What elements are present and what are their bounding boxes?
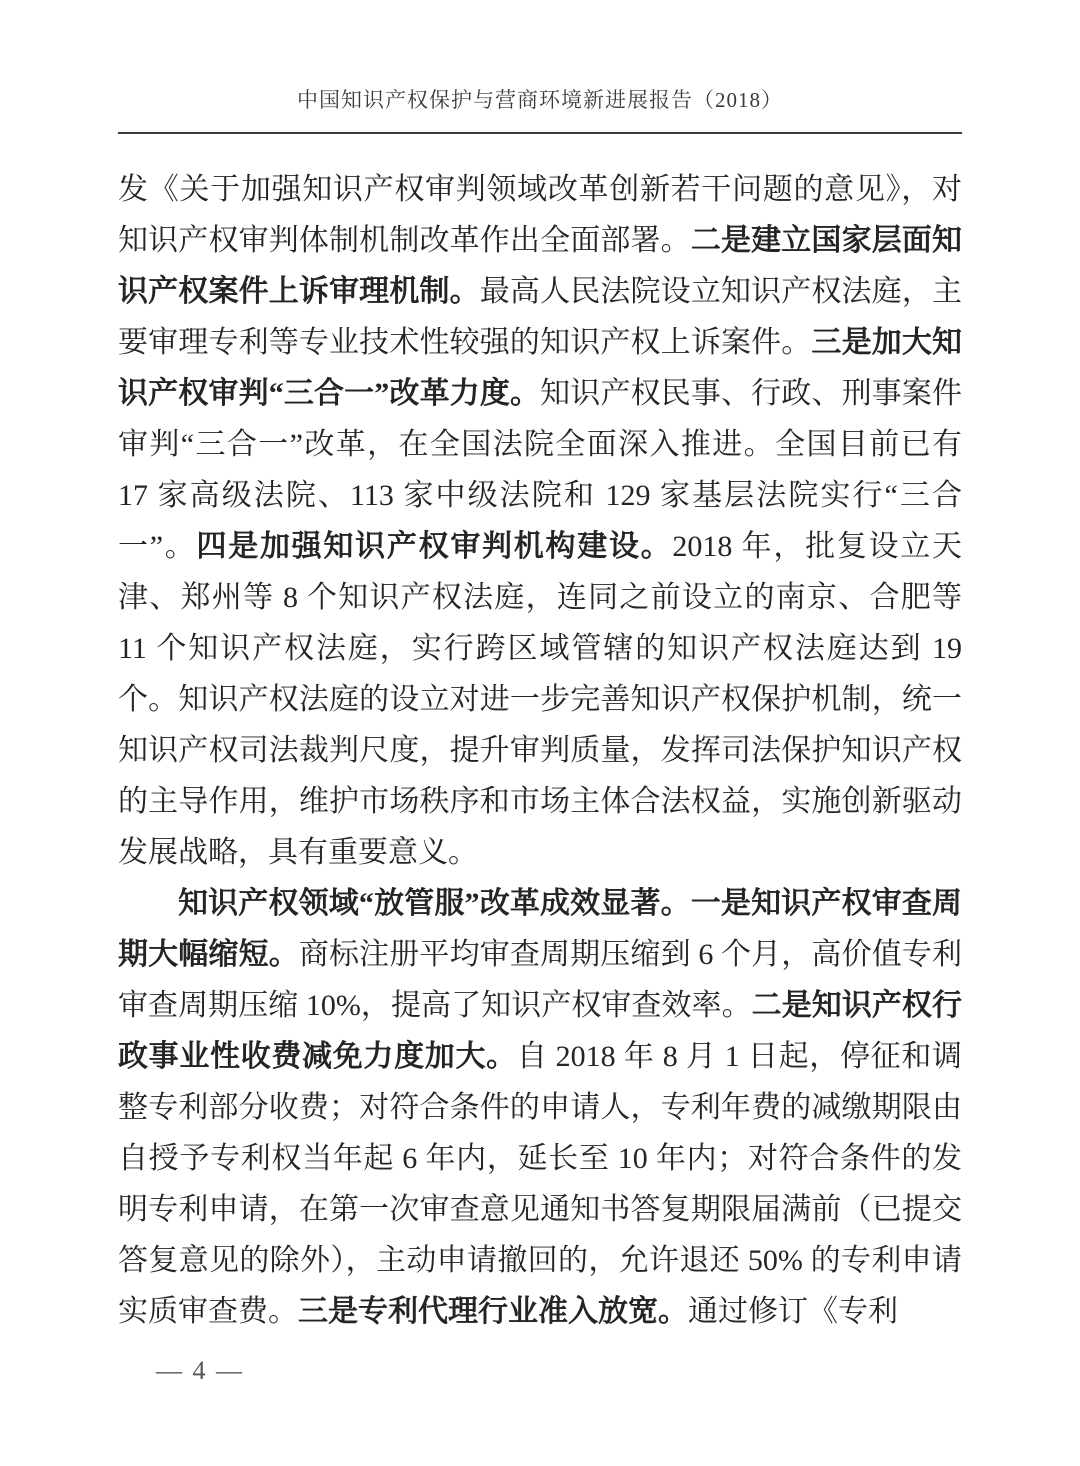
page-header: 中国知识产权保护与营商环境新进展报告（2018） [118, 84, 962, 134]
document-body: 发《关于加强知识产权审判领域改革创新若干问题的意见》，对知识产权审判体制机制改革… [118, 164, 962, 1337]
paragraph: 发《关于加强知识产权审判领域改革创新若干问题的意见》，对知识产权审判体制机制改革… [118, 164, 962, 878]
document-page: 中国知识产权保护与营商环境新进展报告（2018） 发《关于加强知识产权审判领域改… [0, 0, 1080, 1466]
text-run: 通过修订《专利 [688, 1295, 898, 1328]
emphasis-text-run: 三是专利代理行业准入放宽。 [298, 1295, 688, 1328]
page-footer: — 4 — [156, 1356, 244, 1386]
header-divider [118, 132, 962, 134]
text-run: 自 2018 年 8 月 1 日起，停征和调整专利部分收费；对符合条件的申请人，… [118, 1040, 962, 1328]
report-header-title: 中国知识产权保护与营商环境新进展报告（2018） [118, 84, 962, 114]
paragraph: 知识产权领域“放管服”改革成效显著。一是知识产权审查周期大幅缩短。商标注册平均审… [118, 878, 962, 1337]
emphasis-text-run: 四是加强知识产权审判机构建设。 [197, 530, 673, 563]
page-number: — 4 — [156, 1356, 244, 1385]
text-run: 2018 年，批复设立天津、郑州等 8 个知识产权法庭，连同之前设立的南京、合肥… [118, 530, 962, 869]
